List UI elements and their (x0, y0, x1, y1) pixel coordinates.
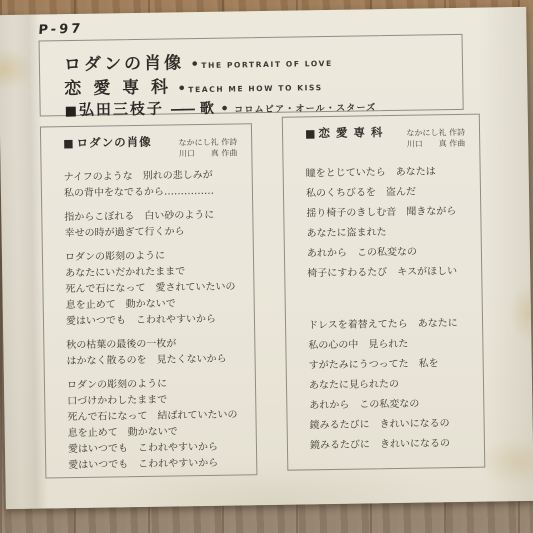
lyric-line: あれから この私変なの (309, 394, 483, 417)
lyrics-body: 瞳をとじていたら あなたは 私のくちびるを 盗んだ 揺り椅子のきしむ音 聞きなが… (283, 149, 484, 457)
stanza: 瞳をとじていたら あなたは 私のくちびるを 盗んだ 揺り椅子のきしむ音 聞きなが… (306, 162, 482, 285)
lyric-line: ドレスを着替えてたら あなたに (308, 314, 482, 337)
artist-name: 弘田三枝子 (79, 98, 164, 120)
square-marker-icon: ■ (65, 104, 78, 119)
lyric-line: 私の心の中 見られた (308, 334, 482, 357)
lyrics-title-text: ロダンの肖像 (76, 135, 151, 150)
lyric-sheet-paper: P-97 ロダンの肖像 ● THE PORTRAIT OF LOVE 恋 愛 専… (0, 7, 533, 509)
lyrics-box-head: ■恋 愛 専 科 なかにし礼 作詩 川口 真 作曲 (283, 115, 480, 152)
lyric-line: 幸せの時が過ぎて行くから (64, 223, 252, 242)
lyrics-box-rodin: ■ロダンの肖像 なかにし礼 作詩 川口 真 作曲 ナイフのような 別れの悲しみが… (40, 123, 258, 478)
song-title-2-en: TEACH ME HOW TO KISS (188, 83, 322, 94)
lyric-line: 私のくちびるを 盗んだ (306, 182, 480, 205)
lyrics-title-text: 恋 愛 専 科 (318, 125, 383, 140)
stanza: ナイフのような 別れの悲しみが 私の背中をなでるから…………… (64, 167, 252, 202)
lyrics-title-rodin: ■ロダンの肖像 (63, 134, 152, 151)
lyric-line: 愛はいつでも こわれやすいから (66, 311, 254, 330)
catalog-number: P-97 (38, 21, 84, 38)
stanza: ドレスを着替えてたら あなたに 私の心の中 見られた すがたみにうつってた 私を… (308, 314, 484, 457)
composer-credit: 川口 真 作曲 (179, 147, 238, 159)
lyric-line: 私の背中をなでるから…………… (64, 183, 252, 202)
square-marker-icon: ■ (305, 127, 317, 140)
lyric-line: はかなく散るのを 見たくないから (66, 351, 254, 370)
lyric-line: 瞳をとじていたら あなたは (306, 162, 480, 185)
lyric-line: 鏡みるたびに きれいになるの (309, 414, 483, 437)
stanza: 秋の枯葉の最後の一枚が はかなく散るのを 見たくないから (66, 335, 254, 370)
lyrics-box-head: ■ロダンの肖像 なかにし礼 作詩 川口 真 作曲 (41, 124, 252, 161)
lyric-line: あなたに見られたの (309, 374, 483, 397)
lyric-line: 愛はいつでも こわれやすいから (68, 455, 256, 474)
lyrics-body: ナイフのような 別れの悲しみが 私の背中をなでるから…………… 指からこぼれる … (41, 158, 256, 474)
bullet-icon: ● (192, 60, 197, 67)
lyrics-box-renai: ■恋 愛 専 科 なかにし礼 作詩 川口 真 作曲 瞳をとじていたら あなたは … (282, 114, 486, 471)
lyric-line: あれから この私変なの (307, 242, 481, 265)
credits-block: なかにし礼 作詩 川口 真 作曲 (179, 136, 238, 159)
lyric-line: 鏡みるたびに きれいになるの (310, 434, 484, 457)
lyrics-title-renai: ■恋 愛 専 科 (305, 124, 384, 141)
title-header-box: ロダンの肖像 ● THE PORTRAIT OF LOVE 恋 愛 専 科 ● … (39, 34, 464, 117)
lyric-line: 椅子にすわるたび キスがほしい (307, 262, 481, 285)
song-title-2-jp: 恋 愛 専 科 (64, 72, 171, 99)
bullet-icon: ● (179, 84, 184, 91)
square-marker-icon: ■ (63, 137, 75, 150)
lyric-line: すがたみにうつってた 私を (309, 354, 483, 377)
artist-role: 歌 (200, 98, 214, 118)
lyric-line: 死んで石になって 結ばれていたいの (67, 407, 255, 426)
song-title-1-en: THE PORTRAIT OF LOVE (201, 59, 333, 70)
performers-name: コロムビア・オール・スターズ (234, 100, 376, 115)
lyric-line: 死んで石になって 愛されていたいの (65, 279, 253, 298)
dash-separator: ―― (171, 102, 193, 117)
bullet-icon: ● (222, 105, 227, 112)
stanza: ロダンの彫刻のように あなたにいだかれたままで 死んで石になって 愛されていたい… (65, 247, 254, 330)
lyric-line: 揺り椅子のきしむ音 聞きながら (306, 202, 480, 225)
lyric-line: あなたに盗まれた (306, 222, 480, 245)
stanza: ロダンの彫刻のように 口づけかわしたままで 死んで石になって 結ばれていたいの … (67, 375, 256, 474)
stanza: 指からこぼれる 白い砂のように 幸せの時が過ぎて行くから (64, 207, 252, 242)
credits-block: なかにし礼 作詩 川口 真 作曲 (406, 127, 465, 150)
composer-credit: 川口 真 作曲 (407, 138, 466, 150)
song-title-1-jp: ロダンの肖像 (64, 48, 185, 75)
